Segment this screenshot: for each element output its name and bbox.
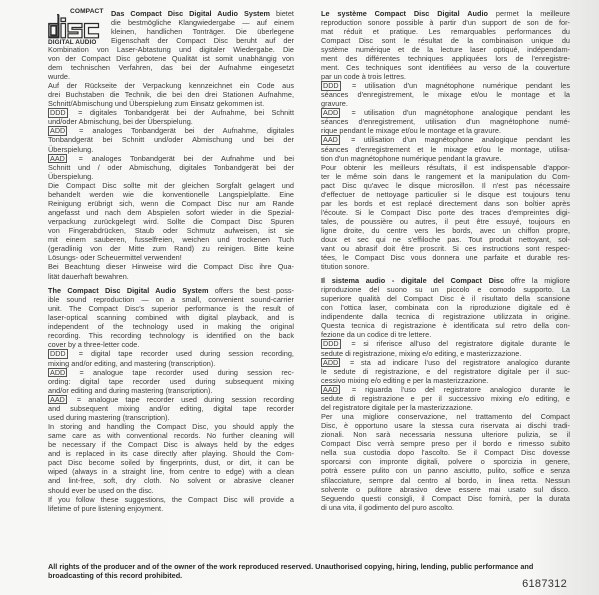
- line-text: pact Disc qu'avec le disque microsillon.…: [321, 181, 570, 190]
- line-text: sporcarsi con impronte digitali, polvere…: [321, 457, 570, 466]
- line-text: Überspielung.: [48, 172, 93, 181]
- line-text: titution sonore.: [321, 262, 369, 271]
- text-line: DDD = digital tape recorder used during …: [48, 349, 294, 358]
- text-line: gravure.: [321, 99, 570, 108]
- text-line: dem technischen Verfahren, das bei der A…: [48, 63, 294, 72]
- line-text: d'effectuer de nettoyage particulier si …: [321, 190, 570, 199]
- text-line: superiore qualità del Compact Disc è il …: [321, 294, 570, 303]
- text-line: and lint-free, soft, dry cloth. No solve…: [48, 476, 294, 485]
- text-line: Die Compact Disc sollte mit der gleichen…: [48, 181, 294, 190]
- text-line: used during mastering (transcription).: [48, 413, 294, 422]
- text-line: If you follow these suggestions, the Com…: [48, 495, 294, 504]
- text-line: wurde.: [48, 72, 294, 81]
- line-text: ligne droite, du centre vers les bords, …: [321, 226, 570, 235]
- text-line: unit. The Compact Disc's superior perfor…: [48, 304, 294, 313]
- text-line: Per una migliore conservazione, nel trat…: [321, 412, 570, 421]
- line-text: = digitales Tonbandgerät bei der Aufnahm…: [71, 108, 294, 117]
- line-text: von Fingerabdrücken, Staub oder Schmutz …: [48, 226, 294, 235]
- line-text: Seguendo questi consigli, il Compact Dis…: [321, 494, 570, 503]
- text-line: Bei Beachtung dieser Hinweise wird die C…: [48, 262, 294, 271]
- section-heading: Le système Compact Disc Digital Audio: [321, 9, 488, 18]
- disc-logo-icon: [48, 14, 108, 39]
- text-line: sporcarsi con impronte digitali, polvere…: [321, 457, 570, 466]
- section-heading: Il sistema audio - digitale del Compact …: [321, 276, 504, 285]
- recording-code-badge: ADD: [321, 108, 340, 118]
- line-text: séances d'enregistrement, le mixage et/o…: [321, 90, 570, 99]
- line-text: offers the best poss-: [208, 286, 294, 295]
- text-line: (geradlinig von der Mitte zum Rand) zu r…: [48, 244, 294, 253]
- text-line: ADD = utilisation d'un magnétophone anal…: [321, 108, 570, 117]
- text-line: d'effectuer de nettoyage particulier si …: [321, 190, 570, 199]
- line-text: be necessary if the Compact Disc is alwa…: [48, 440, 294, 449]
- text-line: and is replaced in its case directly aft…: [48, 449, 294, 458]
- line-text: behandelt werden wie die konventionelle …: [48, 190, 294, 199]
- text-line: pact Disc qu'avec le disque microsillon.…: [321, 181, 570, 190]
- line-text: cover by a three-letter code.: [48, 340, 139, 349]
- recording-code-badge: ADD: [48, 368, 67, 378]
- text-line: laser-optical scanning combined with dig…: [48, 313, 294, 322]
- recording-code-badge: DDD: [321, 81, 341, 91]
- line-text: sedute di registrazione e per il success…: [321, 394, 570, 403]
- line-text: ment. Ces techniques sont identifiées au…: [321, 63, 570, 72]
- line-text: ment des différentes techniques appliqué…: [321, 54, 570, 63]
- text-line: fezione da un codice di tre lettere.: [321, 330, 570, 339]
- text-line: ible sound reproduction — on a small, co…: [48, 295, 294, 304]
- line-text: séances d'enregistrement et le mixage et…: [321, 145, 570, 154]
- line-text: indipendente dalla tecnica di registrazi…: [321, 312, 570, 321]
- text-line: AAD = analoges Tonbandgerät bei der Aufn…: [48, 154, 294, 163]
- text-line: AAD = riguarda l'uso del registratore an…: [321, 385, 570, 394]
- text-line: Eigenschaft der Compact Disc beruht auf …: [111, 36, 294, 45]
- text-line: DDD = digitales Tonbandgerät bei der Auf…: [48, 108, 294, 117]
- recording-code-badge: ADD: [48, 126, 67, 136]
- line-text: von der Compact Disc gebotene Qualität i…: [48, 54, 294, 63]
- text-line: Reinigung erübrigt sich, wenn die Compac…: [48, 199, 294, 208]
- line-text: = utilisation d'un magnétophone analogiq…: [343, 135, 570, 144]
- text-line: mixing and/or editing, and mastering (tr…: [48, 359, 294, 368]
- line-text: Schnitt/Abmischung und Überspielung zum …: [48, 99, 264, 108]
- line-text: lifetime of pure listening enjoyment.: [48, 504, 163, 513]
- line-text: = analogue tape recorder used during ses…: [70, 368, 294, 377]
- line-text: drei Buchstaben die Technik, die bei den…: [48, 90, 294, 99]
- line-text: Disc, è opportuno usare la stessa cura r…: [321, 421, 570, 430]
- text-line: Schnitt/Abmischung und Überspielung zum …: [48, 99, 294, 108]
- line-text: = digital tape recorder used during sess…: [71, 349, 294, 358]
- line-text: Bei Beachtung dieser Hinweise wird die C…: [48, 262, 294, 271]
- text-line: potrà essere pulito con un panno asciutt…: [321, 466, 570, 475]
- text-line: AAD = analogue tape recorder used during…: [48, 395, 294, 404]
- line-text: = utilisation d'un magnétophone numériqu…: [344, 81, 570, 90]
- text-line: del registratore digitale per la masteri…: [321, 403, 570, 412]
- text-line: système numérique et de la lecture laser…: [321, 45, 570, 54]
- line-text: par un code à trois lettres.: [321, 72, 406, 81]
- line-text: die bestmögliche Klangwiedergabe — auf e…: [111, 18, 294, 27]
- compact-disc-logo: COMPACT DIGITAL AUDIO: [48, 8, 108, 48]
- text-line: tales, de poussière ou autres, il peut ê…: [321, 217, 570, 226]
- recording-code-badge: AAD: [321, 135, 340, 145]
- text-line: von Fingerabdrücken, Staub oder Schmutz …: [48, 226, 294, 235]
- line-text: Kombination von Laser-Abtastung und digi…: [48, 45, 294, 54]
- line-text: doux et sec qui ne s'effiloche pas. Tout…: [321, 235, 570, 244]
- text-line: DDD = si riferisce all'uso del registrat…: [321, 339, 570, 348]
- text-line: ADD = sta ad indicare l'uso del registra…: [321, 358, 570, 367]
- text-line: wiped (always in a straight line, from c…: [48, 467, 294, 476]
- text-line: Auf der Rückseite der Verpackung kennzei…: [48, 81, 294, 90]
- text-line: mit einem sauberen, fusselfreien, weiche…: [48, 235, 294, 244]
- line-text: solvente o pulitore abrasivo deve essere…: [321, 485, 570, 494]
- text-line: ording: digital tape recorder used durin…: [48, 377, 294, 386]
- text-line: recording. This recording technology is …: [48, 331, 294, 340]
- line-text: offre la migliore: [504, 276, 570, 285]
- text-line: behandelt werden wie die konventionelle …: [48, 190, 294, 199]
- line-text: rique pendant le mixage et/ou le montage…: [321, 126, 501, 135]
- text-line: von der Compact Disc gebotene Qualität i…: [48, 54, 294, 63]
- line-text: gravure.: [321, 99, 348, 108]
- line-text: Compact Disc verrà sempre preso per il b…: [321, 439, 570, 448]
- line-text: l'écoute. Si le Compact Disc porte des t…: [321, 208, 570, 217]
- text-line: sedute di registrazione e per il success…: [321, 394, 570, 403]
- line-text: wurde.: [48, 72, 70, 81]
- line-text: vant ou abrasif doit être proscrit. Si c…: [321, 244, 570, 253]
- line-text: del registratore digitale per la masteri…: [321, 403, 473, 412]
- line-text: = analoges Tonbandgerät bei der Aufnahme…: [70, 154, 294, 163]
- line-text: mit einem sauberen, fusselfreien, weiche…: [48, 235, 294, 244]
- line-text: tées, le Compact Disc vous donnera une p…: [321, 253, 570, 262]
- line-text: lität dauerhaft bewahren.: [48, 272, 129, 281]
- text-line: kleinen, handlichen Tonträger. Die überl…: [111, 27, 294, 36]
- text-line: Das Compact Disc Digital Audio System bi…: [111, 9, 294, 18]
- text-line: same care as with conventional records. …: [48, 431, 294, 440]
- text-line: nella sua custodia dopo l'ascolto. Se il…: [321, 448, 570, 457]
- line-text: = si riferisce all'uso del registratore …: [344, 339, 570, 348]
- line-text: permet la meilleure: [488, 9, 570, 18]
- catalogue-number: 6187312: [522, 578, 567, 590]
- line-text: verpackung zurückgelegt wird. Sollte die…: [48, 217, 294, 226]
- copyright-notice-line-1: All rights of the producer and of the ow…: [48, 562, 570, 571]
- recording-code-badge: AAD: [48, 395, 67, 405]
- text-line: ter le même soin dans le rangement et la…: [321, 172, 570, 181]
- text-line: rique pendant le mixage et/ou le montage…: [321, 126, 570, 135]
- line-text: bietet: [270, 9, 294, 18]
- text-line: Tonbandgerät bei Schnitt und/oder Abmisc…: [48, 135, 294, 144]
- text-line: Kombination von Laser-Abtastung und digi…: [48, 45, 294, 54]
- text-line: séances d'enregistrement et le mixage et…: [321, 145, 570, 154]
- line-text: and is replaced in its case directly aft…: [48, 449, 294, 458]
- text-line: die bestmögliche Klangwiedergabe — auf e…: [111, 18, 294, 27]
- line-text: recording. This recording technology is …: [48, 331, 294, 340]
- text-line: ment des différentes techniques appliqué…: [321, 54, 570, 63]
- text-line: par un code à trois lettres.: [321, 72, 570, 81]
- line-text: con l'ottica laser, combinata con la rip…: [321, 303, 570, 312]
- line-text: used during mastering (transcription).: [48, 413, 170, 422]
- section-heading: The Compact Disc Digital Audio System: [48, 286, 208, 295]
- line-text: cessivo mixing e/o editing e per la mast…: [321, 376, 488, 385]
- line-text: système numérique et de la lecture laser…: [321, 45, 570, 54]
- text-line: cover by a three-letter code.: [48, 340, 294, 349]
- line-text: unit. The Compact Disc's superior perfor…: [48, 304, 294, 313]
- line-text: = analogue tape recorder used during ses…: [70, 395, 294, 404]
- line-text: fezione da un codice di tre lettere.: [321, 330, 431, 339]
- line-text: independent of the technology used in ma…: [48, 322, 294, 331]
- text-line: sfilacciature, sempre dal centro al bord…: [321, 476, 570, 485]
- text-line: vant ou abrasif doit être proscrit. Si c…: [321, 244, 570, 253]
- recording-code-badge: DDD: [48, 108, 68, 118]
- text-line: indipendente dalla tecnica di registrazi…: [321, 312, 570, 321]
- line-text: angefasst und nach dem Abspielen sofort …: [48, 208, 294, 217]
- text-line: séances d'enregistrement, utilisation d'…: [321, 117, 570, 126]
- text-line: Compact Disc sont le résultat de la comb…: [321, 36, 570, 45]
- text-line: zionali. Non sarà necessaria nessuna ult…: [321, 430, 570, 439]
- text-line: pact Disc become soiled by fingerprints,…: [48, 458, 294, 467]
- text-line: Compact Disc verrà sempre preso per il b…: [321, 439, 570, 448]
- line-text: = sta ad indicare l'uso del registratore…: [343, 358, 570, 367]
- line-text: zionali. Non sarà necessaria nessuna ult…: [321, 430, 570, 439]
- text-line: con l'ottica laser, combinata con la rip…: [321, 303, 570, 312]
- text-line: Pour obtenir les meilleurs résultats, il…: [321, 163, 570, 172]
- text-line: cessivo mixing e/o editing e per la mast…: [321, 376, 570, 385]
- line-text: nella sua custodia dopo l'ascolto. Se il…: [321, 448, 570, 457]
- text-line: The Compact Disc Digital Audio System of…: [48, 286, 294, 295]
- text-line: tées, le Compact Disc vous donnera une p…: [321, 253, 570, 262]
- text-line: and/or editing and during mastering (tra…: [48, 386, 294, 395]
- text-line: should ever be used on the disc.: [48, 486, 294, 495]
- line-text: = analoges Tonbandgerät bei der Aufnahme…: [70, 126, 294, 135]
- text-line: ment. Ces techniques sont identifiées au…: [321, 63, 570, 72]
- line-text: Reinigung erübrigt sich, wenn die Compac…: [48, 199, 294, 208]
- text-line: lität dauerhaft bewahren.: [48, 272, 294, 281]
- recording-code-badge: DDD: [48, 349, 68, 359]
- text-line: doux et sec qui ne s'effiloche pas. Tout…: [321, 235, 570, 244]
- line-text: = utilisation d'un magnétophone analogiq…: [343, 108, 570, 117]
- text-line: In storing and handling the Compact Disc…: [48, 422, 294, 431]
- line-text: In storing and handling the Compact Disc…: [48, 422, 294, 431]
- line-text: pact Disc become soiled by fingerprints,…: [48, 458, 294, 467]
- line-text: Tonbandgerät bei Schnitt und/oder Abmisc…: [48, 135, 294, 144]
- text-line: Le système Compact Disc Digital Audio pe…: [321, 9, 570, 18]
- text-line: di una vita, il godimento del puro ascol…: [321, 503, 570, 512]
- text-line: titution sonore.: [321, 262, 570, 271]
- text-line: lifetime of pure listening enjoyment.: [48, 504, 294, 513]
- line-text: laser-optical scanning combined with dig…: [48, 313, 294, 322]
- text-line: Seguendo questi consigli, il Compact Dis…: [321, 494, 570, 503]
- text-line: le sedute di registrazione, e del regist…: [321, 367, 570, 376]
- line-text: le sedute di registrazione, e del regist…: [321, 367, 570, 376]
- line-text: (geradlinig von der Mitte zum Rand) zu r…: [48, 244, 294, 253]
- line-text: tion d'un magnétophone numérique pendant…: [321, 154, 502, 163]
- text-line: par les bords et est replacé directement…: [321, 199, 570, 208]
- line-text: ter le même soin dans le rangement et la…: [321, 172, 570, 181]
- line-text: mixing and/or editing, and mastering (tr…: [48, 359, 215, 368]
- line-text: potrà essere pulito con un panno asciutt…: [321, 466, 570, 475]
- line-text: di una vita, il godimento del puro ascol…: [321, 503, 454, 512]
- line-text: If you follow these suggestions, the Com…: [48, 495, 294, 504]
- recording-code-badge: AAD: [321, 385, 340, 395]
- line-text: should ever be used on the disc.: [48, 486, 154, 495]
- recording-code-badge: AAD: [48, 154, 67, 164]
- line-text: kleinen, handlichen Tonträger. Die überl…: [111, 27, 294, 36]
- text-line: mat réduit et pratique. Les remarquables…: [321, 27, 570, 36]
- text-line: ADD = analogue tape recorder used during…: [48, 368, 294, 377]
- text-line: reproduction sonore possible à partir d'…: [321, 18, 570, 27]
- line-text: ible sound reproduction — on a small, co…: [48, 295, 294, 304]
- line-text: Eigenschaft der Compact Disc beruht auf …: [111, 36, 294, 45]
- line-text: tales, de poussière ou autres, il peut ê…: [321, 217, 570, 226]
- line-text: Questa tecnica di registrazione è identi…: [321, 321, 570, 330]
- text-line: solvente o pulitore abrasivo deve essere…: [321, 485, 570, 494]
- text-line: Questa tecnica di registrazione è identi…: [321, 321, 570, 330]
- recording-code-badge: ADD: [321, 358, 340, 368]
- line-text: and/or editing and during mastering (tra…: [48, 386, 213, 395]
- line-text: sedute di registrazione, mixing e/o edit…: [321, 349, 521, 358]
- text-line: ligne droite, du centre vers les bords, …: [321, 226, 570, 235]
- line-text: same care as with conventional records. …: [48, 431, 294, 440]
- text-line: riproduzione del suono su un piccolo e c…: [321, 285, 570, 294]
- text-line: Überspielung.: [48, 172, 294, 181]
- text-line: drei Buchstaben die Technik, die bei den…: [48, 90, 294, 99]
- line-text: and lint-free, soft, dry cloth. No solve…: [48, 476, 294, 485]
- line-text: Lösungs- oder Scheuermittel verwenden!: [48, 253, 182, 262]
- recording-code-badge: DDD: [321, 339, 341, 349]
- line-text: Überspielung.: [48, 145, 93, 154]
- line-text: Schnitt und / oder Abmischung, digitales…: [48, 163, 294, 172]
- text-line: independent of the technology used in ma…: [48, 322, 294, 331]
- line-text: superiore qualità del Compact Disc è il …: [321, 294, 570, 303]
- text-line: séances d'enregistrement, le mixage et/o…: [321, 90, 570, 99]
- line-text: und/oder Abmischung, bei der Überspielun…: [48, 117, 193, 126]
- line-text: Per una migliore conservazione, nel trat…: [321, 412, 570, 421]
- section-heading: Das Compact Disc Digital Audio System: [111, 9, 270, 18]
- text-line: be necessary if the Compact Disc is alwa…: [48, 440, 294, 449]
- text-line: tion d'un magnétophone numérique pendant…: [321, 154, 570, 163]
- text-line: DDD = utilisation d'un magnétophone numé…: [321, 81, 570, 90]
- text-line: Schnitt und / oder Abmischung, digitales…: [48, 163, 294, 172]
- line-text: reproduction sonore possible à partir d'…: [321, 18, 570, 27]
- line-text: Pour obtenir les meilleurs résultats, il…: [321, 163, 570, 172]
- line-text: sfilacciature, sempre dal centro al bord…: [321, 476, 570, 485]
- line-text: Compact Disc sont le résultat de la comb…: [321, 36, 570, 45]
- line-text: mat réduit et pratique. Les remarquables…: [321, 27, 570, 36]
- line-text: Auf der Rückseite der Verpackung kennzei…: [48, 81, 294, 90]
- line-text: ording: digital tape recorder used durin…: [48, 377, 294, 386]
- line-text: wiped (always in a straight line, from c…: [48, 467, 294, 476]
- line-text: dem technischen Verfahren, das bei der A…: [48, 63, 294, 72]
- copyright-notice-line-2: broadcasting of this record prohibited.: [48, 571, 570, 580]
- text-line: sedute di registrazione, mixing e/o edit…: [321, 349, 570, 358]
- line-text: séances d'enregistrement, utilisation d'…: [321, 117, 570, 126]
- text-line: angefasst und nach dem Abspielen sofort …: [48, 208, 294, 217]
- line-text: = riguarda l'uso del registratore analog…: [343, 385, 570, 394]
- text-line: Disc, è opportuno usare la stessa cura r…: [321, 421, 570, 430]
- text-line: Il sistema audio - digitale del Compact …: [321, 276, 570, 285]
- text-line: Lösungs- oder Scheuermittel verwenden!: [48, 253, 294, 262]
- text-line: verpackung zurückgelegt wird. Sollte die…: [48, 217, 294, 226]
- text-line: and subsequent mixing and/or editing, di…: [48, 404, 294, 413]
- text-line: l'écoute. Si le Compact Disc porte des t…: [321, 208, 570, 217]
- line-text: par les bords et est replacé directement…: [321, 199, 570, 208]
- text-line: AAD = utilisation d'un magnétophone anal…: [321, 135, 570, 144]
- line-text: riproduzione del suono su un piccolo e c…: [321, 285, 570, 294]
- text-line: ADD = analoges Tonbandgerät bei der Aufn…: [48, 126, 294, 135]
- line-text: Die Compact Disc sollte mit der gleichen…: [48, 181, 294, 190]
- text-line: und/oder Abmischung, bei der Überspielun…: [48, 117, 294, 126]
- text-line: Überspielung.: [48, 145, 294, 154]
- line-text: and subsequent mixing and/or editing, di…: [48, 404, 294, 413]
